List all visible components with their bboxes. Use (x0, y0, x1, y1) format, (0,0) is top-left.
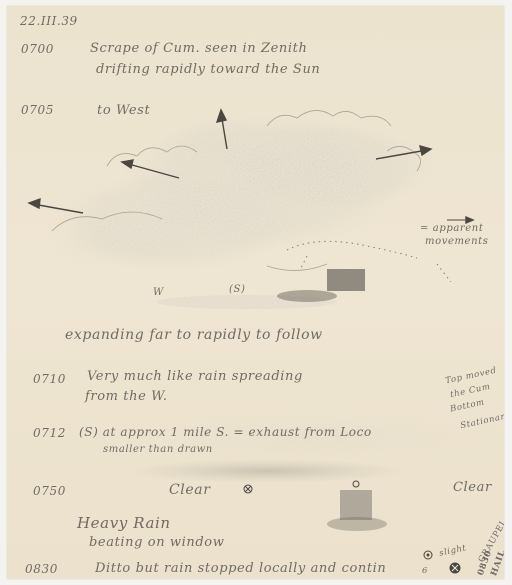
right-clear-label: Clear (453, 480, 492, 495)
notebook-page: 22.III.39 0700 Scrape of Cum. seen in Ze… (7, 6, 504, 579)
entry-time: 0830 (25, 562, 58, 576)
legend-text: = apparent (420, 223, 483, 234)
source-label: (S) (229, 284, 245, 295)
entry-text: (S) at approx 1 mile S. = exhaust from L… (79, 425, 372, 439)
west-label: W (153, 287, 164, 298)
entry-text: Ditto but rain stopped locally and conti… (95, 561, 386, 576)
entry-text: beating on window (89, 535, 224, 550)
legend-text: movements (425, 236, 488, 247)
entry-text: Clear (169, 482, 211, 498)
entry-text: Very much like rain spreading (87, 369, 303, 384)
entry-text: to West (97, 103, 150, 118)
entry-text: smaller than drawn (103, 444, 213, 455)
entry-time: 0700 (21, 42, 54, 56)
entry-text: from the W. (85, 389, 168, 404)
cloud-sketch (7, 6, 504, 579)
cumulus-cloud (42, 111, 437, 271)
date-label: 22.III.39 (20, 14, 78, 28)
entry-time: 0750 (33, 484, 66, 498)
corner-note: 6 (422, 566, 428, 576)
entry-time: 0705 (21, 103, 54, 117)
entry-text: Heavy Rain (77, 514, 171, 532)
entry-text: drifting rapidly toward the Sun (96, 62, 320, 77)
entry-text: Scrape of Cum. seen in Zenith (90, 41, 307, 56)
entry-time: 0710 (33, 372, 66, 386)
entry-time: 0712 (33, 426, 66, 440)
entry-text: expanding far to rapidly to follow (65, 327, 323, 343)
